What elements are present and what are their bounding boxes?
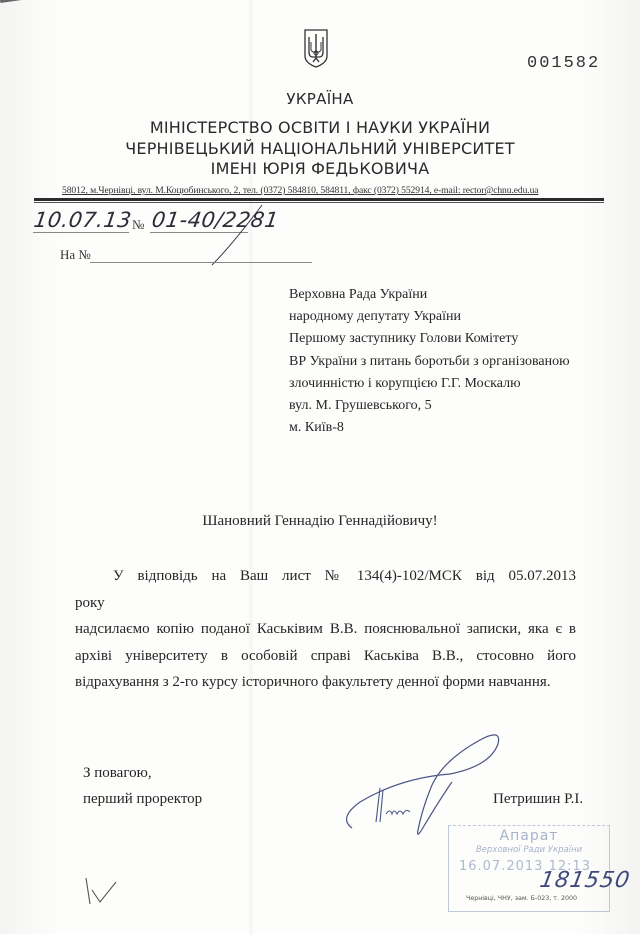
printer-note-text: Чернівці, ЧНУ, зам. Б-023, т. 2000 xyxy=(466,895,577,902)
reply-to-underline xyxy=(90,262,312,263)
signer-title: перший проректор xyxy=(83,791,202,808)
closing-phrase: З повагою, xyxy=(83,765,152,782)
stamp-incoming-number: 181550 xyxy=(538,868,632,893)
addressee-line: народному депутату України xyxy=(289,307,570,329)
addressee-line: Верховна Рада України xyxy=(289,285,570,307)
pen-stroke xyxy=(0,0,640,280)
addressee-line: ВР України з питань боротьби з організов… xyxy=(289,352,570,374)
addressee-line: м. Київ-8 xyxy=(289,418,570,440)
body-continuation: надсилаємо копію поданої Каськівим В.В. … xyxy=(75,616,576,696)
checkmark-icon xyxy=(82,870,122,910)
salutation: Шановний Геннадію Геннадійовичу! xyxy=(0,513,640,530)
addressee-block: Верховна Рада України народному депутату… xyxy=(289,285,570,440)
addressee-line: злочинністю і корупцією Г.Г. Москалю xyxy=(289,374,570,396)
letter-body: У відповідь на Ваш лист № 134(4)-102/МСК… xyxy=(75,563,576,696)
stamp-organization: Верховної Ради України xyxy=(449,845,609,855)
body-first-line: У відповідь на Ваш лист № 134(4)-102/МСК… xyxy=(75,563,576,616)
addressee-line: вул. М. Грушевського, 5 xyxy=(289,396,570,418)
addressee-line: Першому заступнику Голови Комітету xyxy=(289,329,570,351)
stamp-title: Апарат xyxy=(449,828,609,844)
reply-to-label: На № xyxy=(60,247,91,263)
printer-note: Чернівці, ЧНУ, зам. Б-023, т. 2000 xyxy=(466,895,577,902)
